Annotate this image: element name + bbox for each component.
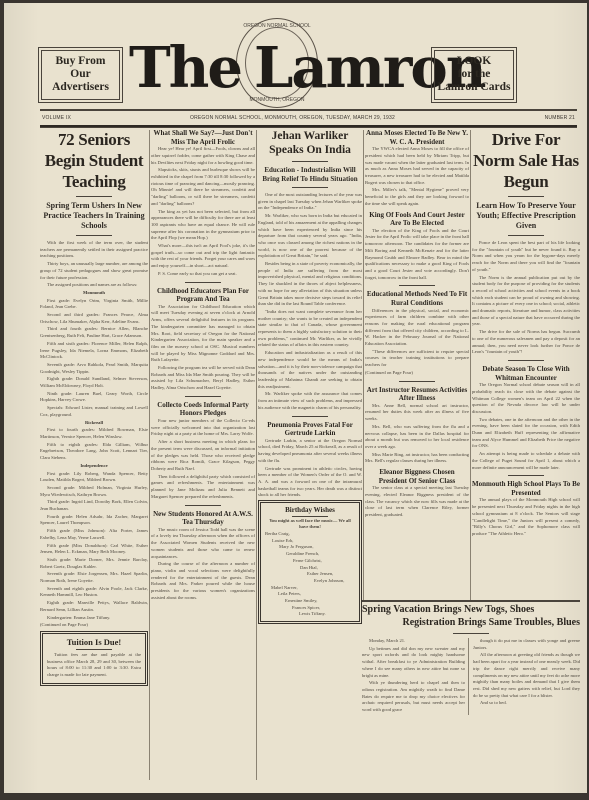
birthday-name: Geraldine French,	[265, 551, 355, 558]
paragraph: The music room of Jessica Todd hall was …	[151, 527, 255, 561]
paragraph: Fifth to eighth grades: Elda Gilliam, Wi…	[40, 442, 148, 462]
issue-number: NUMBER 21	[545, 115, 575, 121]
paragraph: Ponce de Leon spent the best part of his…	[472, 240, 580, 274]
article-ywca: Anna Moses Elected To Be New Y. W. C. A.…	[365, 129, 469, 208]
article-body: The annual plays of the Monmouth High sc…	[472, 497, 580, 537]
paragraph: The Norm is the annual publication put o…	[472, 275, 580, 329]
article-body: The election of the King of Fools and th…	[365, 228, 469, 282]
birthday-name: Ferne Gilchrist,	[265, 558, 355, 565]
paragraph: Up betimes and did don my new sweater an…	[362, 646, 465, 680]
paragraph: The election of the King of Fools and th…	[365, 228, 469, 282]
paragraph: Second grade: Mildred Holman, Virginia H…	[40, 485, 148, 498]
article-body: The Association for Childhood Education …	[151, 304, 255, 392]
left-ear-box: Buy From Our Advertisers	[41, 50, 120, 100]
masthead: Buy From Our Advertisers OREGON NORMAL S…	[4, 3, 587, 109]
paragraph: An attempt is being made to schedule a d…	[472, 451, 580, 471]
headline: Eleanor Biggness Chosen President Of Sen…	[365, 468, 469, 485]
right-ear-box: LOOK for the Lamron Cards	[434, 50, 514, 100]
column-divider	[149, 130, 150, 780]
headline: New Students Honored At A.W.S. Tea Thurs…	[151, 510, 255, 527]
article-debate: Debate Season To Close With Whitman Enco…	[472, 365, 580, 471]
article-art: Art Instructor Resumes Activities After …	[365, 386, 469, 466]
paragraph: Ninth grade: Lauren Buel, Geary Worth, C…	[40, 391, 148, 404]
article-body: The music room of Jessica Todd hall was …	[151, 527, 255, 602]
column-divider	[470, 130, 471, 600]
paragraph: Eighth grade: Manville Pettys, Wallace B…	[40, 600, 148, 613]
divider	[292, 161, 328, 162]
paragraph: First grade: Evelyn Orim, Virginia Smith…	[40, 298, 148, 311]
paragraph: Mrs. Anne Bell, normal school art instru…	[365, 403, 469, 423]
birthday-tagline: You might as well face the music— We all…	[265, 518, 355, 531]
paragraph: Seventh grade: Elsie Jorgensen, Mrs. Haz…	[40, 571, 148, 584]
birthday-name: Evelyn Johnson,	[265, 578, 355, 585]
left-ear-line: Our	[42, 68, 119, 81]
paragraph: Mrs. Bell, who was suffering from the fl…	[365, 424, 469, 451]
left-ear-line: Advertisers	[42, 81, 119, 94]
article-body: Four new junior members of the Collecto …	[151, 418, 255, 500]
paragraph: though it do put me in classes with yong…	[473, 638, 580, 651]
headline: Tuition Is Due!	[47, 637, 141, 647]
paragraph: The king as yet has not been selected, b…	[151, 209, 255, 243]
paragraph: What's more—this isn't an April Fool's j…	[151, 243, 255, 270]
article-aws: New Students Honored At A.W.S. Tea Thurs…	[151, 510, 255, 602]
birthday-name: Dan Hial,	[265, 565, 355, 572]
article-warliker: Jehan Warliker Speaks On India Education…	[258, 129, 362, 412]
article-body-col-2: though it do put me in classes with yong…	[473, 638, 580, 715]
divider	[185, 282, 221, 283]
headline-line-1: Spring Vacation Brings New Togs, Shoes	[362, 603, 580, 616]
title-the: The	[129, 31, 241, 105]
newspaper-page: Buy From Our Advertisers OREGON NORMAL S…	[4, 3, 587, 793]
headline-line-2: Registration Brings Same Troubles, Blues	[362, 616, 580, 629]
divider	[508, 235, 544, 236]
divider	[292, 516, 328, 517]
column-3: Jehan Warliker Speaks On India Education…	[258, 129, 362, 625]
paragraph: Besides being in a state of poverty econ…	[258, 261, 362, 308]
paragraph: All the afternoon at greeting old friend…	[473, 652, 580, 699]
headline: Monmouth High School Plays To Be Present…	[472, 480, 580, 497]
paragraph: Gertrude Larkin, a senior at the Oregon …	[258, 438, 362, 465]
article-monmouth-high: Monmouth High School Plays To Be Present…	[472, 480, 580, 537]
birthday-name: Esther Jensen,	[265, 571, 355, 578]
divider	[508, 360, 544, 361]
headline: Drive For Norm Sale Has Begun	[472, 129, 580, 192]
paragraph: The drive for the sale of Norms has begu…	[472, 329, 580, 356]
divider	[508, 196, 544, 197]
article-fools: King Of Fools And Court Jester Are To Be…	[365, 211, 469, 282]
article-body: The Oregon Normal school debate season w…	[472, 382, 580, 471]
article-spring: Spring Vacation Brings New Togs, Shoes R…	[362, 603, 580, 715]
paragraph: The annual plays of the Monmouth High sc…	[472, 497, 580, 537]
paragraph: Mrs. Miller's talk, "Mental Hygiene" pro…	[365, 187, 469, 207]
paragraph: Gertrude was prominent in athletic circl…	[258, 466, 362, 500]
article-body: With the first week of the term over, th…	[40, 240, 148, 629]
paragraph: And so to bed.	[473, 700, 580, 707]
paragraph: One of the most outstanding lectures of …	[258, 192, 362, 212]
column-divider	[256, 130, 257, 780]
paragraph: After a short business meeting in which …	[151, 439, 255, 473]
divider	[76, 235, 112, 236]
headline: Debate Season To Close With Whitman Enco…	[472, 365, 580, 382]
column-4: Anna Moses Elected To Be New Y. W. C. A.…	[365, 129, 469, 522]
section-rule	[362, 600, 580, 602]
divider	[292, 187, 328, 188]
article-norm: Drive For Norm Sale Has Begun Learn How …	[472, 129, 580, 356]
column-5: Drive For Norm Sale Has Begun Learn How …	[472, 129, 580, 541]
article-body: One of the most outstanding lectures of …	[258, 192, 362, 412]
paragraph: Thirty boys, an unusually large number, …	[40, 261, 148, 281]
section-heading: Independence	[40, 463, 148, 470]
headline: Educational Methods Need To Fit Rural Co…	[365, 290, 469, 307]
paragraph: The Association for Childhood Education …	[151, 304, 255, 364]
continued-note: (Continued on Page Four)	[365, 370, 469, 377]
paragraph: First to fourth grades: Mildred Bowman, …	[40, 427, 148, 440]
headline: 72 Seniors Begin Student Teaching	[40, 129, 148, 192]
paragraph: Hear ye! Hear ye! April first—Fools, clo…	[151, 146, 255, 166]
left-ear-line: Buy From	[42, 55, 119, 68]
birthday-name: Frances Spicer,	[265, 605, 355, 612]
headline: Jehan Warliker Speaks On India	[258, 129, 362, 157]
paragraph: Mr. Warliker spoke with the assurance th…	[258, 391, 362, 411]
section-heading: Monmouth	[40, 290, 148, 297]
divider	[185, 505, 221, 506]
paragraph: The YWCA elected Anna Moses to fill the …	[365, 146, 469, 186]
paragraph: P. S. Come early so that you can get a s…	[151, 271, 255, 278]
article-body: The YWCA elected Anna Moses to fill the …	[365, 146, 469, 207]
birthday-name: Lewis Tiffany.	[265, 611, 355, 618]
subhead: Spring Term Ushers In New Practice Teach…	[40, 201, 148, 231]
right-ear-line: Lamron Cards	[435, 81, 513, 94]
paragraph: Eighth grade: Donald Sundland, Selmer St…	[40, 376, 148, 389]
paragraph: Four new junior members of the Collecto …	[151, 418, 255, 438]
headline: Birthday Wishes	[265, 506, 355, 515]
paragraph: First grade: Lily Roberg, Wanda Spencer,…	[40, 471, 148, 484]
headline: Art Instructor Resumes Activities After …	[365, 386, 469, 403]
article-body: Gertrude Larkin, a senior at the Oregon …	[258, 438, 362, 499]
article-body: Ponce de Leon spent the best part of his…	[472, 240, 580, 356]
paragraph: Two debates, one in the afternoon and th…	[472, 417, 580, 451]
divider	[453, 633, 489, 634]
paragraph: Seventh and eighth grade: Alvin Poole, J…	[40, 586, 148, 599]
headline: King Of Fools And Court Jester Are To Be…	[365, 211, 469, 228]
birthday-name: Mary Jo Ferguson,	[265, 544, 355, 551]
paragraph: Third and fourth grades: Bernice Allen, …	[40, 326, 148, 339]
subhead: Learn How To Preserve Your Youth; Effect…	[472, 201, 580, 231]
paragraph: With ye thundering herd to chapel and th…	[362, 680, 465, 714]
divider	[399, 285, 435, 286]
birthday-wishes-box: Birthday Wishes You might as well face t…	[260, 502, 360, 622]
article-body: Hear ye! Hear ye! April first—Fools, clo…	[151, 146, 255, 277]
divider	[399, 381, 435, 382]
paragraph: Fourth grade: Helen Adsahr, Ida Zacher, …	[40, 514, 148, 527]
divider	[185, 396, 221, 397]
column-divider	[363, 130, 364, 600]
article-educational: Educational Methods Need To Fit Rural Co…	[365, 290, 469, 376]
divider	[508, 475, 544, 476]
birthday-name: Mabel Narver,	[265, 585, 355, 592]
paragraph: The Oregon Normal school debate season w…	[472, 382, 580, 416]
tuition-text: Tuition fees are due and payable at the …	[47, 652, 141, 679]
paragraph: (Continued on Page Four)	[40, 622, 148, 629]
tuition-notice-box: Tuition Is Due! Tuition fees are due and…	[42, 633, 146, 684]
article-body: The senior class at a special meeting la…	[365, 485, 469, 519]
paragraph: Miss Marie Ring, art instructor, has bee…	[365, 452, 469, 465]
paragraph: During the course of the afternoon a num…	[151, 561, 255, 601]
volume-label: VOLUME IX	[42, 115, 71, 121]
right-ear-line: for the	[435, 68, 513, 81]
divider	[292, 416, 328, 417]
paragraph: Monday, March 21.	[362, 638, 465, 645]
birthday-names: Bertha Craig,Louise Erb,Mary Jo Ferguson…	[265, 531, 355, 618]
headline: What Shall We Say?—Just Don't Miss The A…	[151, 129, 255, 146]
headline: Childhood Educators Plan For Program And…	[151, 287, 255, 304]
paragraph: Second and third grades: Frances Pearce,…	[40, 312, 148, 325]
column-2: What Shall We Say?—Just Don't Miss The A…	[151, 129, 255, 604]
birthday-name: Louise Erb,	[265, 538, 355, 545]
newspaper-title: The Lamron	[124, 31, 429, 105]
headline: Pneumonia Proves Fatal For Gertrude Lark…	[258, 421, 362, 438]
birthday-name: Leila Peters,	[265, 591, 355, 598]
paragraph: Following the program tea will be served…	[151, 365, 255, 392]
paragraph: Fifth grade (Miss Donaldson): Carl White…	[40, 543, 148, 556]
right-ear-line: LOOK	[435, 55, 513, 68]
paragraph: Seventh grade: Arvo Rahkola, Pearl Smith…	[40, 362, 148, 375]
article-body: Differences in the physical, social, and…	[365, 308, 469, 369]
article-pneumonia: Pneumonia Proves Fatal For Gertrude Lark…	[258, 421, 362, 500]
column-1: 72 Seniors Begin Student Teaching Spring…	[40, 129, 148, 687]
paragraph: Then followed a delightful party which c…	[151, 474, 255, 501]
paragraph: Kindergarten: Emma Jane Tiffany.	[40, 615, 148, 622]
article-collecto: Collecto Coeds Informal Party Honors Ple…	[151, 401, 255, 501]
paragraph: Fifth grade (Miss Johnson): Alta Porter,…	[40, 528, 148, 541]
article-body: Mrs. Anne Bell, normal school art instru…	[365, 403, 469, 465]
article-childhood: Childhood Educators Plan For Program And…	[151, 287, 255, 392]
paragraph: With the first week of the term over, th…	[40, 240, 148, 260]
paragraph: "India does not want complete severance …	[258, 309, 362, 349]
dateline-rule	[40, 125, 577, 128]
divider	[76, 196, 112, 197]
article-biggness: Eleanor Biggness Chosen President Of Sen…	[365, 468, 469, 519]
headline: Anna Moses Elected To Be New Y. W. C. A.…	[365, 129, 469, 146]
paragraph: Fifth and sixth grades: Florence Miller,…	[40, 341, 148, 361]
paragraph: The assigned positions and names are as …	[40, 282, 148, 289]
paragraph: Mr. Warliker, who was born in India but …	[258, 213, 362, 260]
paragraph: Sixth grade: Marie Dorner, Mrs. Jennie B…	[40, 557, 148, 570]
headline: Collecto Coeds Informal Party Honors Ple…	[151, 401, 255, 418]
article-frolic: What Shall We Say?—Just Don't Miss The A…	[151, 129, 255, 278]
seal-top-text: OREGON NORMAL SCHOOL	[237, 23, 317, 29]
dateline: VOLUME IX OREGON NORMAL SCHOOL, MONMOUTH…	[40, 114, 577, 123]
paragraph: "These differences are sufficient to req…	[365, 349, 469, 369]
paragraph: The senior class at a special meeting la…	[365, 485, 469, 519]
article-seniors: 72 Seniors Begin Student Teaching Spring…	[40, 129, 148, 629]
paragraph: Differences in the physical, social, and…	[365, 308, 469, 348]
masthead-rule	[40, 109, 577, 111]
paragraph: Third grade: Ingrid Lind, Dorothy Bork, …	[40, 499, 148, 512]
paragraph: Education and industrialization as a res…	[258, 350, 362, 390]
paragraph: Specials: Edward Lister, manual training…	[40, 405, 148, 418]
birthday-name: Ernestine Smiley,	[265, 598, 355, 605]
subhead: Education - Industrialism Will Bring Rel…	[258, 166, 362, 183]
section-heading: Rickreall	[40, 420, 148, 427]
birthday-name: Bertha Craig,	[265, 531, 355, 538]
paragraph: Slapsticks, skits, stunts and burlesque …	[151, 167, 255, 207]
article-body-col-1: Monday, March 21.Up betimes and did don …	[362, 638, 469, 715]
dateline-center: OREGON NORMAL SCHOOL, MONMOUTH, OREGON, …	[190, 115, 395, 121]
divider	[76, 649, 112, 650]
